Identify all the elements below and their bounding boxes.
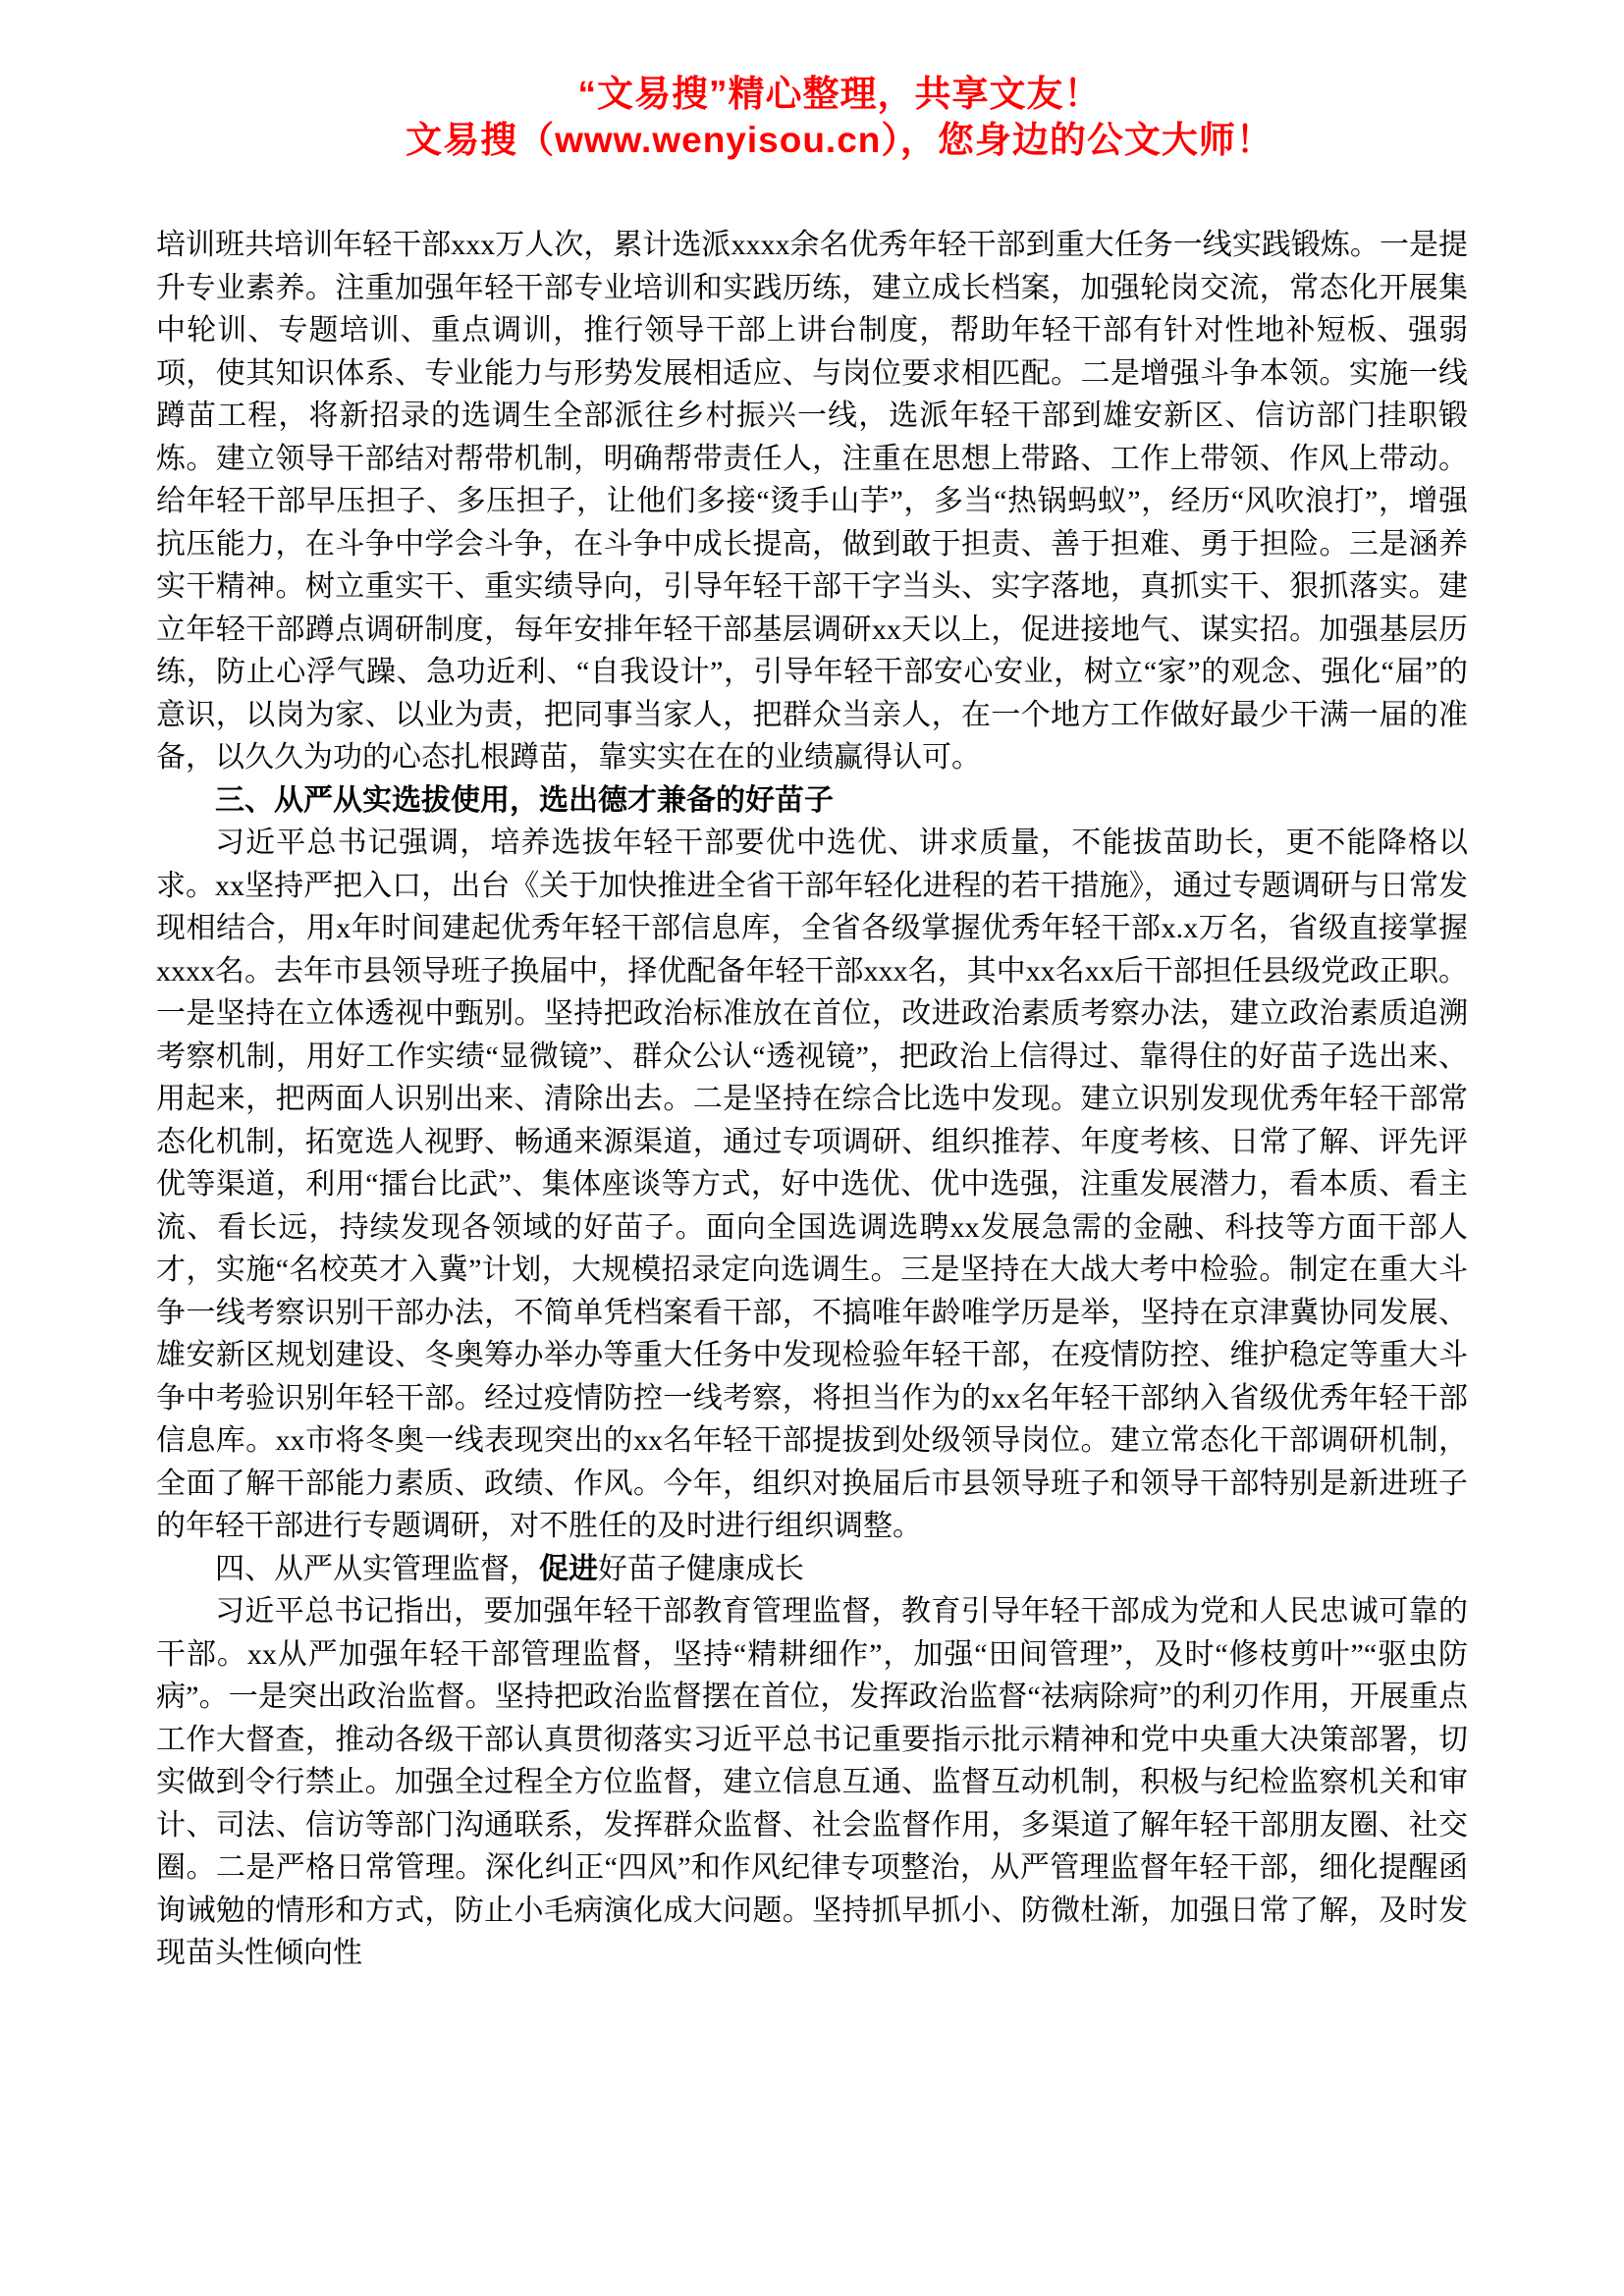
paragraph-selection: 习近平总书记强调，培养选拔年轻干部要优中选优、讲求质量，不能拔苗助长，更不能降格… xyxy=(156,822,1468,1548)
promo-header: “文易搜”精心整理，共享文友！ 文易搜（www.wenyisou.cn），您身边… xyxy=(157,71,1522,163)
document-text: 培训班共培训年轻干部xxx万人次，累计选派xxxx余名优秀年轻干部到重大任务一线… xyxy=(156,224,1468,1975)
document-page: “文易搜”精心整理，共享文友！ 文易搜（www.wenyisou.cn），您身边… xyxy=(0,0,1624,2296)
heading-four-post: 好苗子健康成长 xyxy=(598,1553,804,1585)
heading-four-emphasis: 促进 xyxy=(539,1553,598,1585)
heading-four-pre: 四、从严从实管理监督， xyxy=(215,1553,539,1585)
heading-section-four: 四、从严从实管理监督，促进好苗子健康成长 xyxy=(156,1548,1468,1591)
heading-section-three: 三、从严从实选拔使用，选出德才兼备的好苗子 xyxy=(156,779,1468,823)
promo-line-1: “文易搜”精心整理，共享文友！ xyxy=(157,71,1522,117)
promo-line-2: 文易搜（www.wenyisou.cn），您身边的公文大师！ xyxy=(157,117,1522,163)
paragraph-supervision: 习近平总书记指出，要加强年轻干部教育管理监督，教育引导年轻干部成为党和人民忠诚可… xyxy=(156,1590,1468,1975)
paragraph-training-continuation: 培训班共培训年轻干部xxx万人次，累计选派xxxx余名优秀年轻干部到重大任务一线… xyxy=(156,224,1468,779)
